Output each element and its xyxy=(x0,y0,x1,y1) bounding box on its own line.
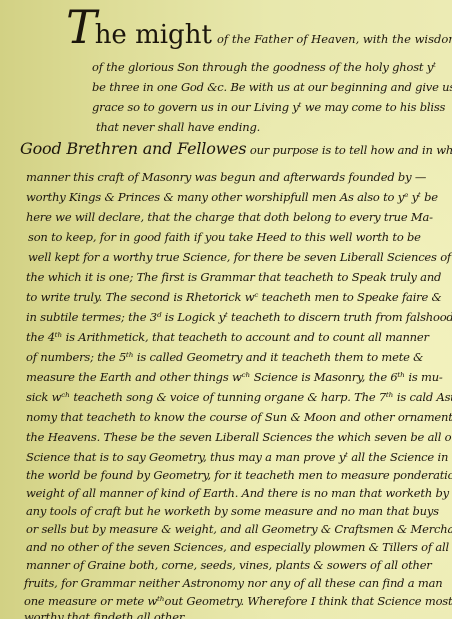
body-line-first: Good Brethren and Fellowes our purpose i… xyxy=(20,142,452,157)
body-line: to write truly. The second is Rhetorick … xyxy=(26,290,442,304)
body-line: the world be found by Geometry, for it t… xyxy=(26,468,452,482)
body-line: son to keep, for in good faith if you ta… xyxy=(28,230,421,244)
body-line: and no other of the seven Sciences, and … xyxy=(26,540,449,554)
body-line: the Heavens. These be the seven Liberall… xyxy=(26,430,452,444)
body-line: manner of Graine both, corne, seeds, vin… xyxy=(26,558,432,572)
body-line: in subtile termes; the 3ᵈ is Logick yᵗ t… xyxy=(26,310,452,324)
body-line: worthy that findeth all other xyxy=(24,610,184,619)
body-lead: Good Brethren and Fellowes xyxy=(20,139,246,158)
body-line: fruits, for Grammar neither Astronomy no… xyxy=(24,576,442,590)
invocation-line: that never shall have ending. xyxy=(96,120,260,134)
title-continuation: of the Father of Heaven, with the wisdom xyxy=(217,32,452,46)
body-line: nomy that teacheth to know the course of… xyxy=(26,410,452,424)
title-heading: he might xyxy=(95,20,212,50)
title-line: The might of the Father of Heaven, with … xyxy=(66,4,452,50)
body-line: of numbers; the 5ᵗʰ is called Geometry a… xyxy=(26,350,423,364)
body-line: the which it is one; The first is Gramma… xyxy=(26,270,441,284)
manuscript-page: The might of the Father of Heaven, with … xyxy=(0,0,452,619)
body-line: here we will declare, that the charge th… xyxy=(26,210,433,224)
body-line: weight of all manner of kind of Earth. A… xyxy=(26,486,449,500)
body-line: Science that is to say Geometry, thus ma… xyxy=(26,450,448,464)
body-line: well kept for a worthy true Science, for… xyxy=(28,250,451,264)
body-line: sick wᶜʰ teacheth song & voice of tunnin… xyxy=(26,390,452,404)
body-line: one measure or mete wᵗʰout Geometry. Whe… xyxy=(24,594,452,608)
body-line: our purpose is to tell how and in what xyxy=(250,143,452,157)
invocation-line: of the glorious Son through the goodness… xyxy=(92,60,436,74)
invocation-line: be three in one God &c. Be with us at ou… xyxy=(92,80,452,94)
body-line: or sells but by measure & weight, and al… xyxy=(26,522,452,536)
body-line: worthy Kings & Princes & many other wors… xyxy=(26,190,438,204)
body-line: the 4ᵗʰ is Arithmetick, that teacheth to… xyxy=(26,330,429,344)
body-line: measure the Earth and other things wᶜʰ S… xyxy=(26,370,443,384)
body-line: manner this craft of Masonry was begun a… xyxy=(26,170,426,184)
invocation-line: grace so to govern us in our Living yᵗ w… xyxy=(92,100,445,114)
dropcap-letter: T xyxy=(66,0,95,54)
body-line: any tools of craft but he worketh by som… xyxy=(26,504,439,518)
